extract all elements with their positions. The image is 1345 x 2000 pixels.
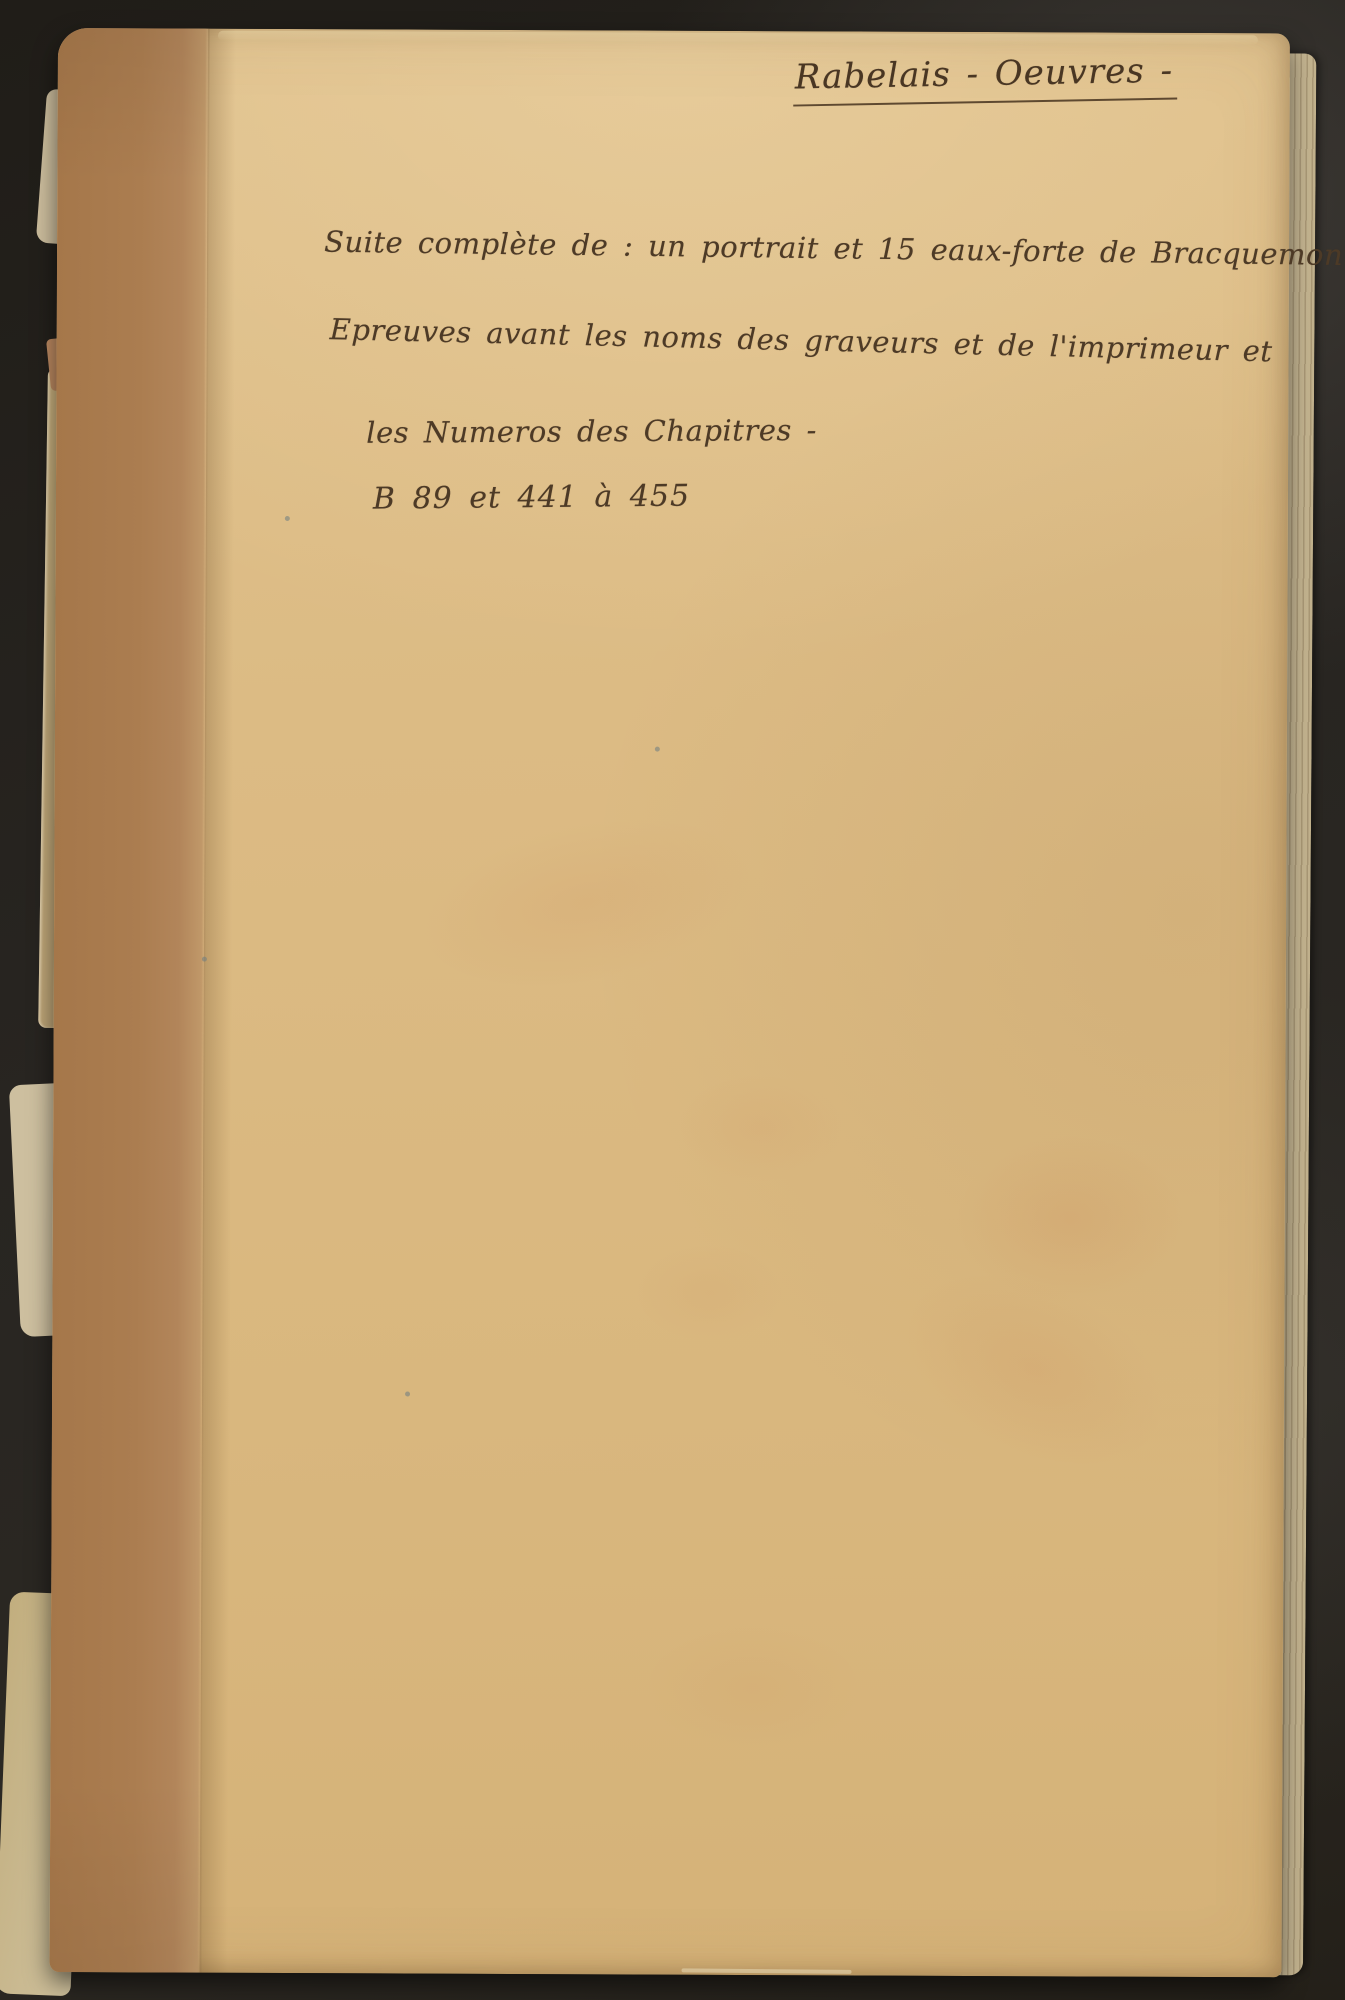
page-stain: [675, 1073, 845, 1184]
ink-speck: [405, 1392, 410, 1397]
handwritten-header: Rabelais - Oeuvres -: [792, 51, 1177, 107]
book: Rabelais - Oeuvres - Suite complète de :…: [50, 28, 1312, 1981]
ink-speck: [202, 957, 207, 962]
page-stain: [634, 1243, 784, 1344]
inscription-line: B 89 et 441 à 455: [373, 479, 690, 517]
spine-strip: [50, 28, 210, 1973]
ink-speck: [285, 516, 290, 521]
ink-speck: [655, 747, 660, 752]
page-stain: [642, 1623, 863, 1754]
photo-backdrop: Rabelais - Oeuvres - Suite complète de :…: [0, 0, 1345, 2000]
inscription-line: les Numeros des Chapitres -: [366, 413, 817, 450]
